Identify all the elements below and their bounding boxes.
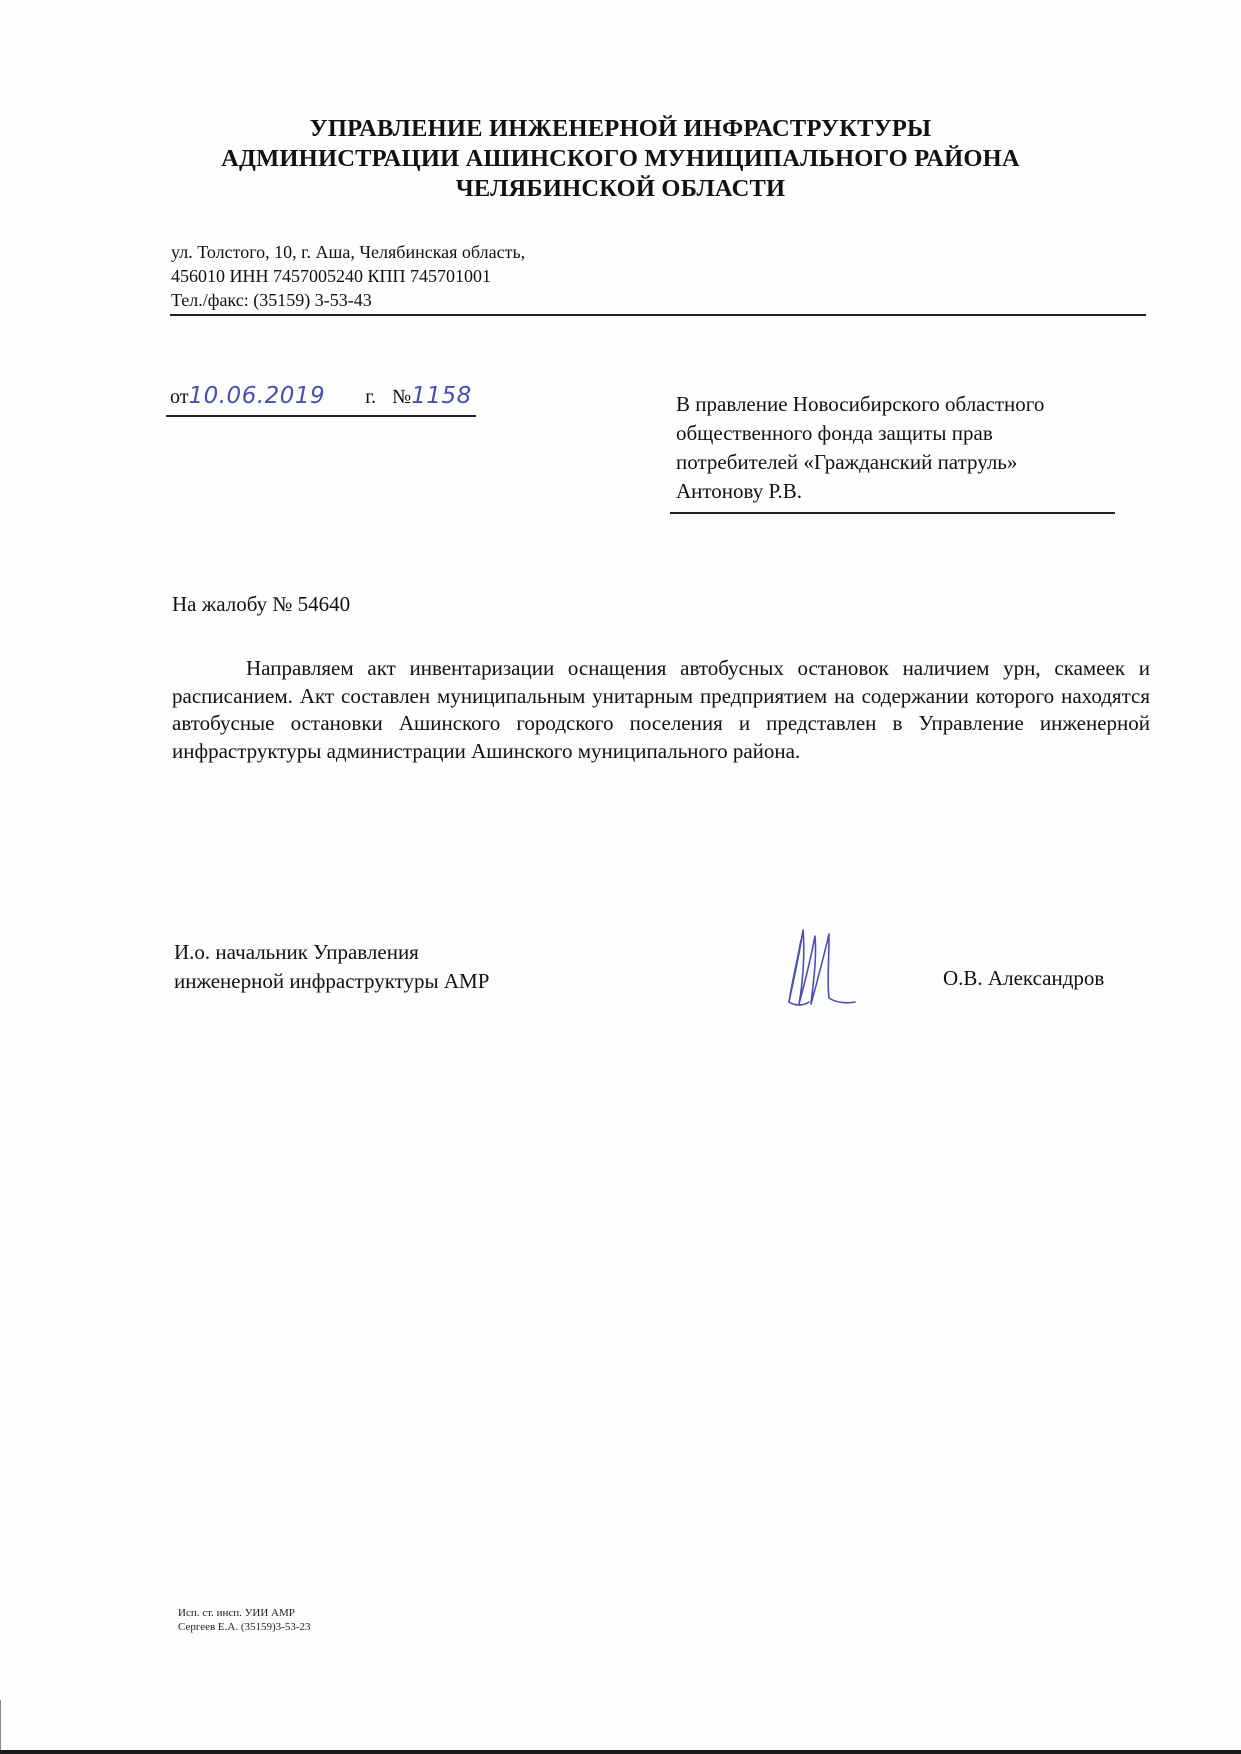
letterhead-line-1: УПРАВЛЕНИЕ ИНЖЕНЕРНОЙ ИНФРАСТРУКТУРЫ [0, 114, 1241, 144]
recipient-line-4: Антонову Р.В. [676, 477, 1044, 506]
handwritten-number: 1158 [411, 383, 472, 409]
address-line-1: ул. Толстого, 10, г. Аша, Челябинская об… [171, 240, 525, 264]
address-line-2: 456010 ИНН 7457005240 КПП 745701001 [171, 264, 525, 288]
handwritten-signature-icon [783, 922, 878, 1010]
body-paragraph: Направляем акт инвентаризации оснащения … [172, 655, 1150, 765]
recipient-line-3: потребителей «Гражданский патруль» [676, 448, 1044, 477]
reference-underline [166, 415, 476, 417]
recipient-underline [670, 512, 1115, 514]
from-prefix: от [170, 386, 188, 408]
address-line-3: Тел./факс: (35159) 3-53-43 [171, 288, 525, 312]
signatory-name: О.В. Александров [943, 966, 1104, 991]
recipient-line-2: общественного фонда защиты прав [676, 419, 1044, 448]
letterhead-divider [170, 314, 1146, 316]
executor-line-1: Исп. ст. инсп. УИИ АМР [178, 1606, 311, 1620]
year-suffix: г. [365, 386, 376, 408]
number-prefix: № [392, 386, 411, 408]
recipient-block: В правление Новосибирского областного об… [676, 390, 1044, 506]
scan-edge-bottom [0, 1750, 1241, 1754]
letterhead-address: ул. Толстого, 10, г. Аша, Челябинская об… [171, 240, 525, 312]
scan-edge-left [0, 1700, 1, 1750]
letterhead-title: УПРАВЛЕНИЕ ИНЖЕНЕРНОЙ ИНФРАСТРУКТУРЫ АДМ… [0, 114, 1241, 204]
signatory-position: И.о. начальник Управления инженерной инф… [174, 938, 489, 996]
complaint-reference: На жалобу № 54640 [172, 592, 350, 617]
position-line-2: инженерной инфраструктуры АМР [174, 967, 489, 996]
letterhead-line-3: ЧЕЛЯБИНСКОЙ ОБЛАСТИ [0, 174, 1241, 204]
letterhead-line-2: АДМИНИСТРАЦИИ АШИНСКОГО МУНИЦИПАЛЬНОГО Р… [0, 144, 1241, 174]
handwritten-date: 10.06.2019 [188, 383, 325, 409]
recipient-line-1: В правление Новосибирского областного [676, 390, 1044, 419]
executor-line-2: Сергеев Е.А. (35159)3-53-23 [178, 1620, 311, 1634]
position-line-1: И.о. начальник Управления [174, 938, 489, 967]
executor-info: Исп. ст. инсп. УИИ АМР Сергеев Е.А. (351… [178, 1606, 311, 1634]
reference-line: от10.06.2019 г. №1158 [170, 383, 472, 413]
